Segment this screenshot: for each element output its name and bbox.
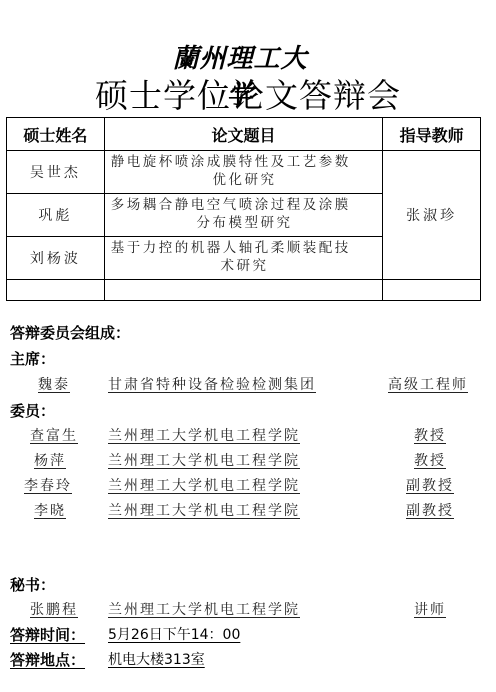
member-name: 杨萍 xyxy=(34,450,66,470)
empty-cell xyxy=(104,280,382,301)
member-name: 李晓 xyxy=(34,500,66,520)
column-header-advisor: 指导教师 xyxy=(383,118,481,151)
member-title: 教授 xyxy=(414,425,446,445)
empty-cell xyxy=(7,280,105,301)
members-label: 委员： xyxy=(10,400,55,421)
member-row: 查富生 兰州理工大学机电工程学院 教授 xyxy=(0,425,496,447)
advisor-name: 张淑珍 xyxy=(383,151,481,280)
secretary-title: 讲师 xyxy=(414,599,446,619)
student-name: 巩彪 xyxy=(7,194,105,237)
column-header-thesis: 论文题目 xyxy=(104,118,382,151)
column-header-student: 硕士姓名 xyxy=(7,118,105,151)
member-org: 兰州理工大学机电工程学院 xyxy=(108,425,300,445)
table-row-empty xyxy=(7,280,481,301)
member-org: 兰州理工大学机电工程学院 xyxy=(108,450,300,470)
member-org: 兰州理工大学机电工程学院 xyxy=(108,500,300,520)
table-row: 吴世杰 静电旋杯喷涂成膜特性及工艺参数优化研究 张淑珍 xyxy=(7,151,481,194)
defense-time-value: 5月26日下午14：00 xyxy=(108,624,240,644)
secretary-org: 兰州理工大学机电工程学院 xyxy=(108,599,300,619)
thesis-title-line2: 优化研究 xyxy=(111,171,378,189)
thesis-title-line2: 术研究 xyxy=(111,257,378,275)
thesis-title-line1: 多场耦合静电空气喷涂过程及涂膜 xyxy=(111,197,351,213)
thesis-title-line2: 分布模型研究 xyxy=(111,214,378,232)
thesis-title: 多场耦合静电空气喷涂过程及涂膜分布模型研究 xyxy=(104,194,382,237)
member-name: 李春玲 xyxy=(24,475,72,495)
defense-place-row: 答辩地点： 机电大楼313室 xyxy=(0,649,496,671)
member-title: 副教授 xyxy=(406,500,454,520)
defense-time-label: 答辩时间： xyxy=(10,624,85,645)
member-org: 兰州理工大学机电工程学院 xyxy=(108,475,300,495)
secretary-label: 秘书： xyxy=(10,574,55,595)
defense-time-row: 答辩时间： 5月26日下午14：00 xyxy=(0,624,496,646)
defense-place-label: 答辩地点： xyxy=(10,649,85,670)
member-row: 杨萍 兰州理工大学机电工程学院 教授 xyxy=(0,450,496,472)
page-title: 硕士学位论文答辩会 xyxy=(0,76,496,116)
secretary-name: 张鹏程 xyxy=(30,599,78,619)
defense-place-value: 机电大楼313室 xyxy=(108,649,205,669)
committee-heading: 答辩委员会组成： xyxy=(10,322,130,343)
chair-label: 主席： xyxy=(10,348,55,369)
secretary-row: 张鹏程 兰州理工大学机电工程学院 讲师 xyxy=(0,599,496,621)
member-title: 教授 xyxy=(414,450,446,470)
student-name: 刘杨波 xyxy=(7,237,105,280)
student-name: 吴世杰 xyxy=(7,151,105,194)
chair-org: 甘肃省特种设备检验检测集团 xyxy=(108,374,316,394)
chair-row: 魏泰 甘肃省特种设备检验检测集团 高级工程师 xyxy=(0,374,496,396)
member-name: 查富生 xyxy=(30,425,78,445)
member-title: 副教授 xyxy=(406,475,454,495)
table-header-row: 硕士姓名 论文题目 指导教师 xyxy=(7,118,481,151)
member-row: 李春玲 兰州理工大学机电工程学院 副教授 xyxy=(0,475,496,497)
thesis-table: 硕士姓名 论文题目 指导教师 吴世杰 静电旋杯喷涂成膜特性及工艺参数优化研究 张… xyxy=(6,117,481,301)
chair-title: 高级工程师 xyxy=(388,374,468,394)
thesis-title-line1: 基于力控的机器人轴孔柔顺装配技 xyxy=(111,240,351,256)
chair-name: 魏泰 xyxy=(38,374,70,394)
member-row: 李晓 兰州理工大学机电工程学院 副教授 xyxy=(0,500,496,522)
empty-cell xyxy=(383,280,481,301)
thesis-title: 基于力控的机器人轴孔柔顺装配技术研究 xyxy=(104,237,382,280)
thesis-title-line1: 静电旋杯喷涂成膜特性及工艺参数 xyxy=(111,154,351,170)
thesis-title: 静电旋杯喷涂成膜特性及工艺参数优化研究 xyxy=(104,151,382,194)
